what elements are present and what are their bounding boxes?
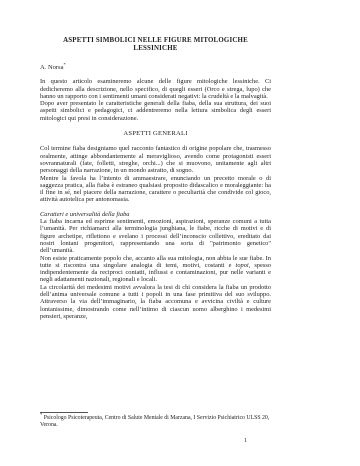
document-title-line2: LESSINICHE: [40, 45, 271, 53]
caratteri-paragraph-2: Non esiste praticamente popolo che, acca…: [40, 255, 271, 284]
document-title-line1: ASPETTI SIMBOLICI NELLE FIGURE MITOLOGIC…: [40, 37, 271, 45]
intro-paragraph-1: In questo articolo esamineremo alcune de…: [40, 78, 271, 100]
footnote-body: Psicologo Psicoterapeuta, Centro di Salu…: [40, 415, 269, 428]
author-footnote-mark: *: [63, 62, 65, 67]
document-page: ASPETTI SIMBOLICI NELLE FIGURE MITOLOGIC…: [0, 0, 360, 466]
intro-paragraph-2: Dopo aver presentato le caratteristiche …: [40, 100, 271, 122]
footnote-separator: [40, 412, 88, 413]
document-content: ASPETTI SIMBOLICI NELLE FIGURE MITOLOGIC…: [40, 37, 271, 320]
subsection-heading-caratteri: Caratteri e universalità della fiaba: [40, 211, 271, 218]
section-heading-aspetti-generali: ASPETTI GENERALI: [40, 130, 271, 137]
author-name: A. Norsa: [40, 64, 63, 71]
caratteri-paragraph-3: La circolarità dei medesimi motivi avval…: [40, 284, 271, 320]
footnote-block: * Psicologo Psicoterapeuta, Centro di Sa…: [40, 412, 271, 428]
caratteri-paragraph-1: La fiaba incarna ed esprime sentimenti, …: [40, 218, 271, 254]
general-paragraph-2: Mentre la favola ha l’intento di ammaest…: [40, 175, 271, 204]
general-paragraph-1: Col termine fiaba designiamo quel raccon…: [40, 145, 271, 174]
footnote-text: * Psicologo Psicoterapeuta, Centro di Sa…: [40, 415, 271, 428]
document-title: ASPETTI SIMBOLICI NELLE FIGURE MITOLOGIC…: [40, 37, 271, 53]
page-number: 1: [244, 437, 247, 444]
caratteri-paragraph-2-italic-term: topoi: [236, 262, 249, 269]
author-line: A. Norsa*: [40, 64, 271, 71]
